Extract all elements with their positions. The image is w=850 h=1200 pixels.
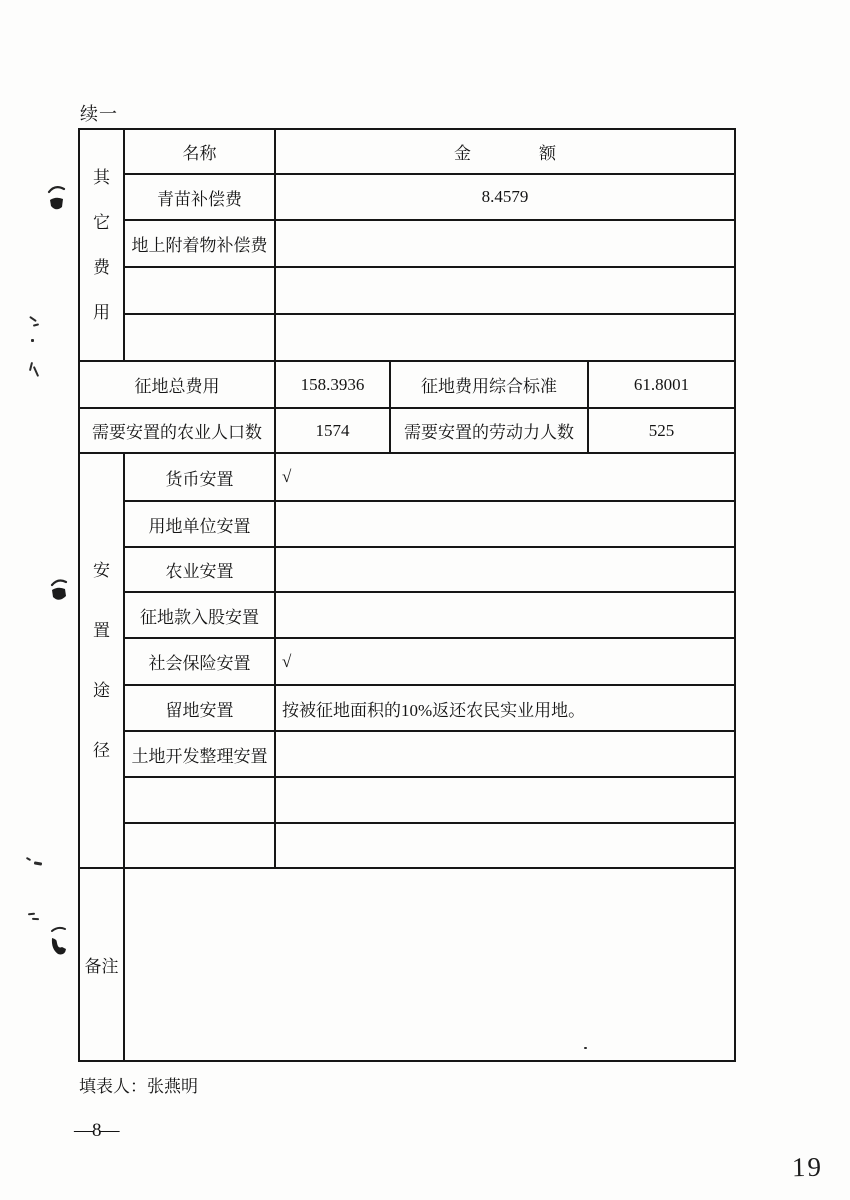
summary-value-cell: 1574 <box>276 409 391 452</box>
summary-label-cell: 征地总费用 <box>80 362 276 407</box>
other-fees-section: 其它费用 名称 金 额 青苗补偿费 8.4579 地上附着物补偿费 <box>80 130 734 360</box>
filler-label: 填表人： <box>79 1077 147 1096</box>
table-row <box>125 266 734 313</box>
other-fees-header-row: 名称 金 额 <box>125 130 734 173</box>
resettlement-name-cell <box>125 824 276 867</box>
summary-label-cell: 需要安置的劳动力人数 <box>391 409 589 452</box>
corner-page-number: 19 <box>792 1152 824 1184</box>
resettlement-row: 货币安置 √ <box>125 454 734 500</box>
noise-mark <box>32 918 39 920</box>
summary-label-cell: 需要安置的农业人口数 <box>80 409 276 452</box>
filler-name: 张燕明 <box>147 1077 198 1096</box>
resettlement-row: 土地开发整理安置 <box>125 730 734 776</box>
remarks-label-cell: 备注 <box>80 869 125 1060</box>
filler-line: 填表人：张燕明 <box>79 1072 198 1097</box>
resettlement-value-cell <box>276 824 734 867</box>
noise-mark <box>34 861 42 865</box>
resettlement-name-cell: 留地安置 <box>125 686 276 730</box>
resettlement-value-cell <box>276 548 734 591</box>
resettlement-value-cell: √ <box>276 454 734 500</box>
summary-value-cell: 158.3936 <box>276 362 391 407</box>
fee-amount-cell <box>276 315 734 360</box>
table-row <box>125 313 734 360</box>
fee-name-cell <box>125 268 276 313</box>
resettlement-row: 农业安置 <box>125 546 734 591</box>
resettlement-group-cell: 安置途径 <box>80 454 125 867</box>
noise-mark <box>33 323 39 326</box>
noise-mark <box>28 913 35 916</box>
resettlement-row: 社会保险安置 √ <box>125 637 734 684</box>
name-header-cell: 名称 <box>125 130 276 173</box>
fee-amount-cell <box>276 221 734 266</box>
resettlement-value-cell <box>276 502 734 546</box>
summary-value-cell: 525 <box>589 409 734 452</box>
resettlement-section: 安置途径 货币安置 √ 用地单位安置 农业安置 征地款入股安置 <box>80 452 734 867</box>
noise-mark <box>26 857 31 861</box>
scanned-form-page: 续一 其它费用 名称 金 额 青苗补偿费 8.4579 地上附着物补偿费 <box>0 0 850 1200</box>
fee-name-cell: 青苗补偿费 <box>125 175 276 219</box>
summary-label-cell: 征地费用综合标准 <box>391 362 589 407</box>
remarks-section: 备注 <box>80 867 734 1060</box>
resettlement-row: 征地款入股安置 <box>125 591 734 637</box>
resettlement-value-cell <box>276 778 734 822</box>
noise-mark <box>33 366 39 377</box>
table-row: 地上附着物补偿费 <box>125 219 734 266</box>
other-fees-group-cell: 其它费用 <box>80 130 125 360</box>
resettlement-name-cell: 土地开发整理安置 <box>125 732 276 776</box>
resettlement-row <box>125 776 734 822</box>
resettlement-value-cell: √ <box>276 639 734 684</box>
remarks-content-cell <box>125 869 734 1060</box>
scan-artifact-blob-middle <box>50 577 68 605</box>
resettlement-value-cell <box>276 593 734 637</box>
page-number: —8— <box>74 1120 119 1142</box>
continuation-label: 续一 <box>80 100 118 126</box>
fee-amount-cell <box>276 268 734 313</box>
noise-mark <box>29 316 37 322</box>
resettlement-value-cell: 按被征地面积的10%返还农民实业用地。 <box>276 686 734 730</box>
resettlement-group-label: 安置途径 <box>92 541 112 781</box>
summary-section: 征地总费用 158.3936 征地费用综合标准 61.8001 需要安置的农业人… <box>80 360 734 452</box>
resettlement-value-cell <box>276 732 734 776</box>
table-row: 青苗补偿费 8.4579 <box>125 173 734 219</box>
resettlement-name-cell: 用地单位安置 <box>125 502 276 546</box>
other-fees-group-label: 其它费用 <box>92 155 112 335</box>
fee-name-cell: 地上附着物补偿费 <box>125 221 276 266</box>
fee-name-cell <box>125 315 276 360</box>
resettlement-name-cell: 货币安置 <box>125 454 276 500</box>
noise-mark <box>29 362 33 371</box>
summary-value-cell: 61.8001 <box>589 362 734 407</box>
scan-artifact-blob-bottom <box>49 925 68 959</box>
land-acquisition-form-table: 其它费用 名称 金 额 青苗补偿费 8.4579 地上附着物补偿费 <box>78 128 736 1062</box>
resettlement-row <box>125 822 734 867</box>
resettlement-row: 用地单位安置 <box>125 500 734 546</box>
remarks-label: 备注 <box>85 952 119 977</box>
resettlement-name-cell: 征地款入股安置 <box>125 593 276 637</box>
scan-artifact-blob-top <box>47 183 66 215</box>
fee-amount-cell: 8.4579 <box>276 175 734 219</box>
resettlement-name-cell <box>125 778 276 822</box>
resettlement-name-cell: 农业安置 <box>125 548 276 591</box>
summary-row: 需要安置的农业人口数 1574 需要安置的劳动力人数 525 <box>80 407 734 452</box>
resettlement-row: 留地安置 按被征地面积的10%返还农民实业用地。 <box>125 684 734 730</box>
resettlement-name-cell: 社会保险安置 <box>125 639 276 684</box>
summary-row: 征地总费用 158.3936 征地费用综合标准 61.8001 <box>80 362 734 407</box>
noise-mark <box>31 339 34 342</box>
amount-header-cell: 金 额 <box>276 130 734 173</box>
